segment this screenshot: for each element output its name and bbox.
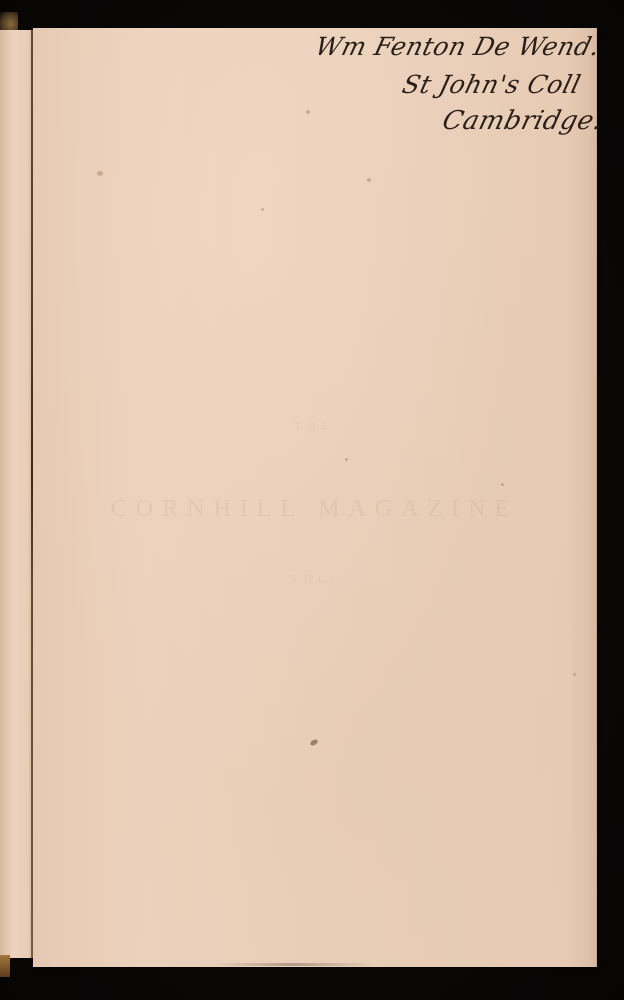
binding-corner-top xyxy=(0,12,18,32)
foxing-spot xyxy=(367,178,371,182)
show-through-volume: VOL. xyxy=(33,573,596,585)
foxing-spot xyxy=(501,483,504,486)
ownership-inscription: Wm Fenton De Wend. St John's Coll Cambri… xyxy=(33,28,596,158)
show-through-title: CORNHILL MAGAZINE xyxy=(33,496,596,523)
show-through-text: THE xyxy=(33,420,596,432)
flyleaf-page: Wm Fenton De Wend. St John's Coll Cambri… xyxy=(33,28,596,967)
inscription-college: St John's Coll xyxy=(399,70,583,99)
binding-corner-bottom xyxy=(0,955,10,977)
foxing-spot xyxy=(306,110,310,114)
foxing-spot xyxy=(309,738,318,746)
foxing-spot xyxy=(573,673,576,676)
previous-leaf-edge xyxy=(0,30,33,958)
inscription-place: Cambridge. xyxy=(439,106,606,136)
bottom-edge-mark xyxy=(213,963,373,966)
foxing-spot xyxy=(97,171,103,176)
foxing-spot xyxy=(261,208,264,211)
foxing-spot xyxy=(345,458,348,461)
photo-scene: Wm Fenton De Wend. St John's Coll Cambri… xyxy=(0,0,624,1000)
inscription-name: Wm Fenton De Wend. xyxy=(312,32,603,61)
